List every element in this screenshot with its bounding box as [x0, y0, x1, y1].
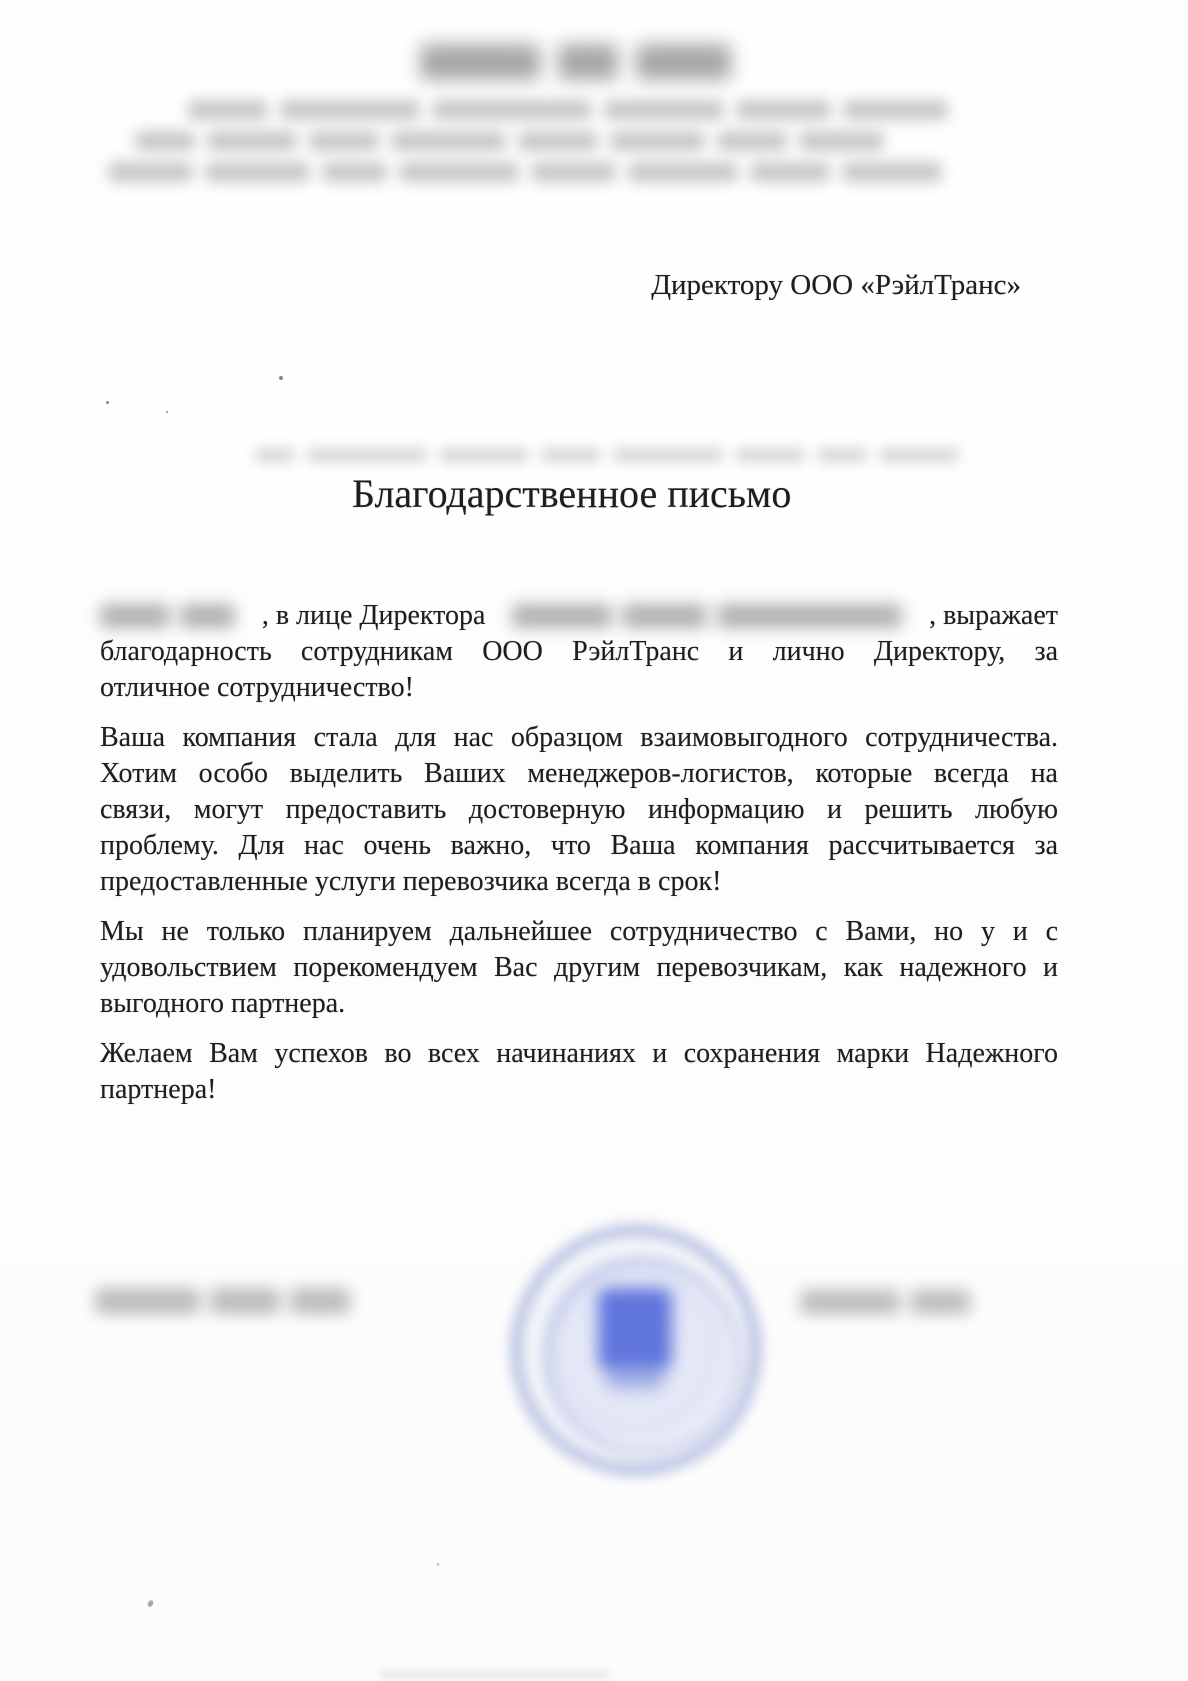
scan-speck [279, 376, 283, 380]
redacted-word [399, 162, 519, 182]
redacted-word [205, 162, 310, 182]
body-line: проблему. Для нас очень важно, что Ваша … [100, 828, 1058, 864]
redacted-word [255, 448, 295, 462]
redacted-word [879, 448, 959, 462]
redacted-word [309, 131, 379, 151]
redacted-word [622, 604, 707, 628]
redacted-word [604, 100, 724, 120]
redacted-word [307, 448, 427, 462]
redacted-word [188, 100, 268, 120]
paragraph: , в лице Директора , выражает благодарно… [100, 598, 1058, 706]
redacted-word [750, 162, 830, 182]
redacted-word [322, 162, 387, 182]
paragraph: Желаем Вам успехов во всех начинаниях и … [100, 1036, 1058, 1108]
redacted-word [817, 448, 867, 462]
body-text: , в лице Директора [262, 598, 486, 634]
body-line: выгодного партнера. [100, 986, 1058, 1022]
body-line: благодарность сотрудникам ООО РэйлТранс … [100, 634, 1058, 670]
redacted-word [207, 131, 297, 151]
redacted-word [910, 1290, 970, 1314]
scan-speck [437, 1563, 439, 1566]
paragraph: Ваша компания стала для нас образцом вза… [100, 720, 1058, 900]
signature-redacted-left [95, 1288, 350, 1314]
body-line: Желаем Вам успехов во всех начинаниях и … [100, 1036, 1058, 1072]
redacted-word [100, 604, 170, 628]
redacted-word [135, 131, 195, 151]
letter-title: Благодарственное письмо [352, 472, 791, 516]
redacted-word [613, 448, 723, 462]
body-line: партнера! [100, 1072, 1058, 1108]
redacted-word [558, 44, 618, 80]
body-line: связи, могут предоставить достоверную ин… [100, 792, 1058, 828]
recipient-line: Директору ООО «РэйлТранс» [651, 268, 1021, 302]
body-line: Мы не только планируем дальнейшее сотруд… [100, 914, 1058, 950]
scan-speck [147, 1599, 155, 1608]
redacted-word [843, 100, 948, 120]
body-line: отличное сотрудничество! [100, 670, 1058, 706]
redacted-word [108, 162, 193, 182]
redacted-word [610, 131, 705, 151]
body-line: Ваша компания стала для нас образцом вза… [100, 720, 1058, 756]
redacted-company-name [100, 604, 235, 628]
letterhead-line-redacted [135, 131, 884, 151]
redacted-word [290, 1288, 350, 1314]
redacted-word [717, 131, 787, 151]
redacted-word [541, 448, 601, 462]
redacted-word [95, 1288, 200, 1314]
redacted-director-name [512, 604, 902, 628]
ghost-bleed-text [255, 448, 959, 462]
redacted-word [391, 131, 506, 151]
letterhead-org-redacted [420, 44, 731, 80]
scan-speck [106, 401, 109, 404]
redacted-word [432, 100, 592, 120]
body-line: Хотим особо выделить Ваших менеджеров-ло… [100, 756, 1058, 792]
letterhead-line-redacted [188, 100, 948, 120]
redacted-word [628, 162, 738, 182]
scanned-letter-page: Директору ООО «РэйлТранс» Благодарственн… [0, 0, 1188, 1681]
redacted-word [512, 604, 612, 628]
redacted-word [420, 44, 540, 80]
scan-speck [166, 411, 168, 413]
redacted-word [210, 1288, 280, 1314]
body-line: удовольствием порекомендуем Вас другим п… [100, 950, 1058, 986]
company-stamp-seal [510, 1224, 762, 1476]
letterhead-line-redacted [108, 162, 942, 182]
redacted-word [736, 100, 831, 120]
scan-smudge [380, 1672, 610, 1677]
paragraph: Мы не только планируем дальнейшее сотруд… [100, 914, 1058, 1022]
redacted-word [439, 448, 529, 462]
redacted-word [800, 1290, 900, 1314]
redacted-word [518, 131, 598, 151]
redacted-word [280, 100, 420, 120]
redacted-word [842, 162, 942, 182]
letter-body: , в лице Директора , выражает благодарно… [100, 598, 1058, 1108]
stamp-emblem-base [606, 1364, 664, 1390]
signature-redacted-right [800, 1290, 970, 1314]
body-line: , в лице Директора , выражает [100, 598, 1058, 634]
redacted-word [531, 162, 616, 182]
body-line: предоставленные услуги перевозчика всегд… [100, 864, 1058, 900]
redacted-word [636, 44, 731, 80]
redacted-word [180, 604, 235, 628]
body-text: , выражает [929, 598, 1058, 634]
stamp-emblem [598, 1288, 672, 1370]
redacted-word [717, 604, 902, 628]
redacted-word [735, 448, 805, 462]
redacted-word [799, 131, 884, 151]
